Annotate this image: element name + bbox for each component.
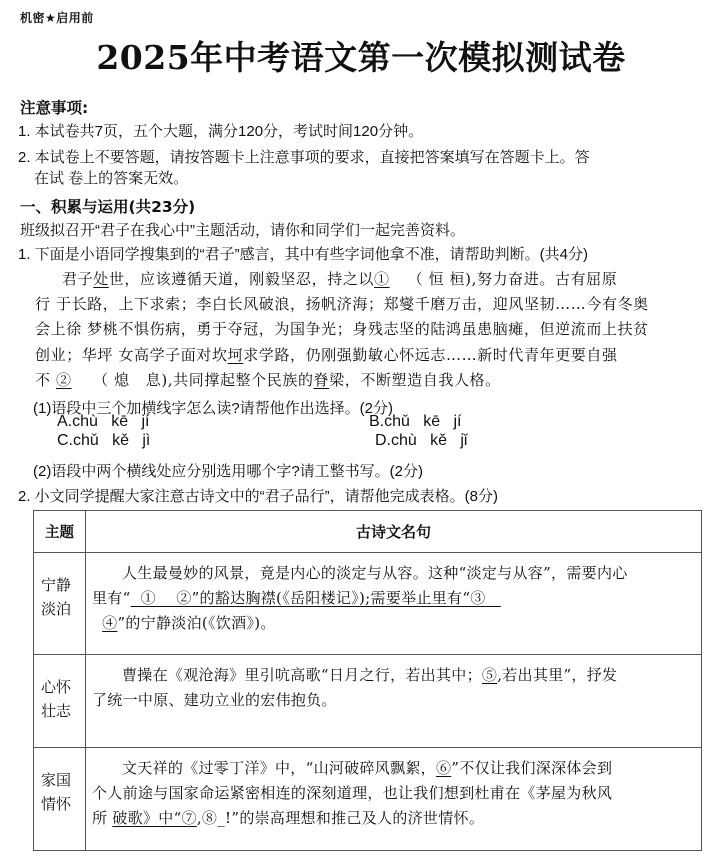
blank-5: ⑤ — [482, 666, 497, 684]
theme-text: 情怀 — [41, 795, 71, 813]
table-row: 宁静淡泊 人生最曼妙的风景，竟是内心的淡定与从容。这种“淡定与从容”，需要内心里… — [34, 553, 702, 655]
note-item-1: 1. 本试卷共7页，五个大题，满分120分，考试时间120分钟。 — [18, 120, 423, 141]
option-b: B.chǔ kē jí — [369, 413, 461, 431]
verse-cell: 文天祥的《过零丁洋》中，“山河破碎风飘絮，⑥”不仅让我们深深体会到个人前途与国家… — [86, 748, 702, 851]
passage-text: （ 恒 桓),努力奋进。古有屈原 — [408, 270, 618, 288]
theme-text: 宁静 — [41, 576, 71, 594]
verse-text: ,⑧_!”的崇高理想和推己及人的济世情怀。 — [197, 809, 484, 827]
passage-text: 不 — [35, 371, 56, 389]
verse-text: ,若出其里”，抒发 — [497, 666, 617, 684]
passage-line-1: 君子处世，应该遵循天道，刚毅坚忍，持之以①（ 恒 桓),努力奋进。古有屈原 — [62, 268, 617, 289]
sub-question-2: (2)语段中两个横线处应分别选用哪个字?请工整书写。(2分) — [33, 460, 423, 481]
passage-text: 求学路，仍刚强勤敏心怀远志……新时代青年更要自强 — [243, 346, 617, 364]
header-theme: 主题 — [34, 511, 86, 553]
question-2-prompt: 2. 小文同学提醒大家注意古诗文中的“君子品行”，请帮他完成表格。(8分) — [18, 485, 498, 506]
underlined-char: 坷 — [228, 346, 244, 364]
theme-text: 家国 — [41, 771, 71, 789]
verse-cell: 曹操在《观沧海》里引吭高歌“日月之行，若出其中；⑤,若出其里”，抒发了统一中原、… — [86, 655, 702, 748]
verse-text: 了统一中原、建功立业的宏伟抱负。 — [92, 691, 337, 709]
theme-cell: 家国情怀 — [34, 748, 86, 851]
passage-text: 梁，不断塑造自我人格。 — [329, 371, 501, 389]
verse-text: 曹操在《观沧海》里引吭高歌“日月之行，若出其中； — [122, 666, 482, 684]
theme-text: 壮志 — [41, 702, 71, 720]
table-row: 心怀壮志 曹操在《观沧海》里引吭高歌“日月之行，若出其中；⑤,若出其里”，抒发了… — [34, 655, 702, 748]
option-a: A.chù kē jí — [57, 413, 149, 431]
table-row: 家国情怀 文天祥的《过零丁洋》中，“山河破碎风飘絮，⑥”不仅让我们深深体会到个人… — [34, 748, 702, 851]
verse-cell: 人生最曼妙的风景，竟是内心的淡定与从容。这种“淡定与从容”，需要内心里有“ ① … — [86, 553, 702, 655]
blank-7: 破歌》中“⑦ — [112, 809, 196, 827]
blank-6: ⑥ — [436, 759, 451, 777]
theme-text: 淡泊 — [41, 600, 71, 618]
verse-text: 所 — [92, 809, 112, 827]
table-header-row: 主题 古诗文名句 — [34, 511, 702, 553]
blank-4: ④ — [102, 614, 117, 632]
verse-text: 人生最曼妙的风景，竟是内心的淡定与从容。这种“淡定与从容”，需要内心 — [122, 564, 628, 582]
passage-line-2: 行 于长路，上下求索；李白长风破浪，扬帆济海；郑燮千磨万击，迎风坚韧……今有冬奥 — [35, 293, 649, 314]
page-title: 2025年中考语文第一次模拟测试卷 — [0, 32, 722, 79]
verse-text: ”不仅让我们深深体会到 — [451, 759, 612, 777]
blank-1: ① — [374, 270, 390, 288]
notes-heading: 注意事项: — [20, 96, 88, 118]
passage-text: 世，应该遵循天道，刚毅坚忍，持之以 — [109, 270, 374, 288]
verse-text: 文天祥的《过零丁洋》中，“山河破碎风飘絮， — [122, 759, 436, 777]
passage-text: 创业；华坪 女高学子面对坎 — [35, 346, 228, 364]
passage-text: 君子 — [62, 270, 93, 288]
option-c: C.chǔ kě jì — [57, 432, 150, 450]
section-intro: 班级拟召开“君子在我心中”主题活动，请你和同学们一起完善资料。 — [20, 219, 465, 240]
theme-cell: 宁静淡泊 — [34, 553, 86, 655]
blank-2: ② — [56, 371, 72, 389]
blanks-1-3: ① ②”的豁达胸襟(《岳阳楼记》);需要举止里有“③ — [131, 589, 501, 607]
note-item-2-continued: 在试 卷上的答案无效。 — [34, 167, 188, 188]
underlined-char: 脊 — [314, 371, 330, 389]
theme-cell: 心怀壮志 — [34, 655, 86, 748]
theme-text: 心怀 — [41, 678, 71, 696]
passage-line-4: 创业；华坪 女高学子面对坎坷求学路，仍刚强勤敏心怀远志……新时代青年更要自强 — [35, 344, 618, 365]
poetry-table: 主题 古诗文名句 宁静淡泊 人生最曼妙的风景，竟是内心的淡定与从容。这种“淡定与… — [33, 510, 702, 851]
confidential-label: 机密★启用前 — [20, 9, 94, 26]
question-1-prompt: 1. 下面是小语同学搜集到的“君子”感言，其中有些字词他拿不准，请帮助判断。(共… — [18, 243, 588, 264]
passage-text: （ 熄 息),共同撑起整个民族的 — [72, 371, 314, 389]
verse-text: ”的宁静淡泊(《饮酒》)。 — [117, 614, 275, 632]
passage-line-3: 会上徐 梦桃不惧伤病，勇于夺冠，为国争光；身残志坚的陆鸿虽患脑瘫，但逆流而上扶贫 — [35, 318, 649, 339]
passage-line-5: 不 ② （ 熄 息),共同撑起整个民族的脊梁，不断塑造自我人格。 — [35, 369, 501, 390]
underlined-char: 处 — [93, 270, 109, 288]
section-heading: 一、积累与运用(共23分) — [20, 195, 195, 217]
note-item-2: 2. 本试卷上不要答题，请按答题卡上注意事项的要求，直接把答案填写在答题卡上。答 — [18, 146, 590, 167]
verse-text: 里有“ — [92, 589, 131, 607]
verse-text: 个人前途与国家命运紧密相连的深刻道理，也让我们想到杜甫在《茅屋为秋风 — [92, 784, 612, 802]
option-d: D.chù kě jǐ — [375, 432, 467, 450]
header-verses: 古诗文名句 — [86, 511, 702, 553]
